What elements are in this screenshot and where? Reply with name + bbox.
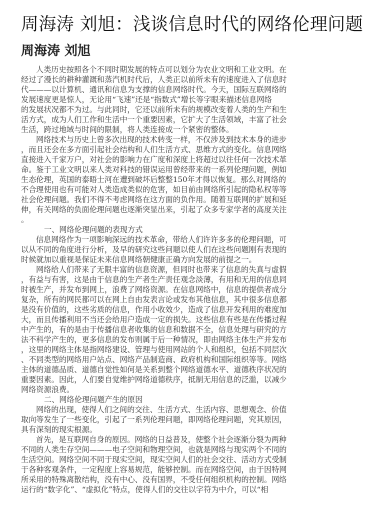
body-text-line: 于各种客观条件，一定程度上容易规范，能够控制。而在网络空间，由于因特网 <box>21 465 297 475</box>
body-text-line: 取向等发生了一些变化，引起了一系列伦理问题，即网络伦理问题，究其原因， <box>21 415 297 425</box>
body-text-line: 具有深刻的现实根源。 <box>21 425 297 435</box>
body-text-line: 生活空间。网络空间不同于现实空间，现实空间人们的社会交往、活动方式受制 <box>21 455 297 465</box>
body-text-line: 、不同类型的网络用户站点、网络产品制造商、政府机构和国际组织等等。网络 <box>21 355 297 365</box>
body-text-line: 代———以计算机、通讯和信息为支撑的信息网络时代。今天，国际互联网络的 <box>21 85 297 95</box>
body-text-line: 命。鉴于工业文明以来人类对科技的错误运用曾经带来的一系列伦理问题，例如 <box>21 165 297 175</box>
body-text-line: 所采用的特殊离散结构，没有中心、没有国界，不受任何组织机构的控制。网络 <box>21 475 297 485</box>
body-text-line: 生活，跨过地域与时间的限制，将人类连接成一个紧密的整体。 <box>21 125 297 135</box>
body-text-line: 以从不同的角度进行分析，及早的研究这些问题以使人们在这些问题刚有表现的 <box>21 245 297 255</box>
body-text-line: 网络技术与历史上曾多次出现的技术转变一样，不仅涉及到技术本身的进步 <box>21 135 297 145</box>
body-text-line: 时被生产，并发布到网上，浪费了网络资源。在信息网络中，信息的提供者成分 <box>21 285 297 295</box>
body-text-line: 中产生的，有的是由于传播信息者收集的信息和数据不全，信息处理与研究的方 <box>21 325 297 335</box>
body-text-line: 是没有价值的，这些劣质的信息，作用小收效少，造成了信息开发利用的难度加 <box>21 305 297 315</box>
body-text-line: 的发展状况都不为过。与此同时，它还以前所未有的规模改变着人类的生产和生 <box>21 105 297 115</box>
body-text-line: 信息网络作为一项影响深远的技术革命，带给人们许许多多的伦理问题，可 <box>21 235 297 245</box>
article-author: 周海涛 刘旭 <box>21 44 91 60</box>
body-text-line: ，这里的网络主体是指网络建设、管理与使用网站的个人和组织，包括不同层次 <box>21 345 297 355</box>
body-text-line: 大，而且传播利用不当还会给用户造成一定的损失。这些信息有些是在传播过程 <box>21 315 297 325</box>
article-body: 人类历史按照各个不同时期发展的特点可以划分为农业文明和工业文明。在经过了漫长的耕… <box>21 65 297 495</box>
document-page: 周海涛 刘旭：浅谈信息时代的网络伦理问题 周海涛 刘旭 人类历史按照各个不同时期… <box>0 0 365 516</box>
body-text-line: 网络的出现，使得人们之间的交往、生活方式、生活内容、思想观念、价值 <box>21 405 297 415</box>
body-text-line: 经过了漫长的耕种灌溉和蒸汽机时代后，人类正以前所未有的速度进入了信息时 <box>21 75 297 85</box>
body-text-line: ，而且还会在多方面引起社会结构和人们生活方式、思维方式的变化。信息网络 <box>21 145 297 155</box>
body-text-line: 主体的道德品质、道德自觉性如何是关系到整个网络道德水平、道德秩序状况的 <box>21 365 297 375</box>
body-text-line: 伸，有关网络的负面伦理问题也逐渐突显出来，引起了众多专家学者的高度关注 <box>21 205 297 215</box>
section-heading: 一、网络伦理问题的表现方式 <box>21 225 297 235</box>
body-text-line: 不同的人类生存空间———电子空间和物理空间，也就是网络与现实两个不同的 <box>21 445 297 455</box>
body-text-line: 复杂，所有的网民都可以在网上自由发表言论或发布其他信息，其中很多信息都 <box>21 295 297 305</box>
body-text-line: 首先，是互联网自身的原因。网络的日益普及，使整个社会逐渐分裂为两种 <box>21 435 297 445</box>
body-text-line: 不合理使用也有可能对人类造成类似的危害，如目前由网络所引起的隐私权等等 <box>21 185 297 195</box>
body-text-line: 人类历史按照各个不同时期发展的特点可以划分为农业文明和工业文明。在 <box>21 65 297 75</box>
section-heading: 二、网络伦理问题产生的原因 <box>21 395 297 405</box>
body-text-line: 生态伦理，英国的泰晤士河在遭到破坏后整整150年才得以恢复。那么对网络的 <box>21 175 297 185</box>
body-text-line: 发展速度更是惊人，无论用“飞速”还是“指数式”增长等字眼来描述信息网络 <box>21 95 297 105</box>
body-text-line: ，有益与有害，这是由于信息的生产者生产责任观念淡薄，有用和无用的信息同 <box>21 275 297 285</box>
article-title: 周海涛 刘旭：浅谈信息时代的网络伦理问题 <box>21 14 363 36</box>
body-text-line: 运行的“数字化”、“虚拟化”特点，使得人们的交往以字符为中介，可以“相 <box>21 485 297 495</box>
body-text-line: 重要因素。因此，人们要自觉维护网络道德秩序，抵制无用信息的泛滥，以减少 <box>21 375 297 385</box>
body-text-line: 。 <box>21 215 297 225</box>
body-text-line: 法不科学产生的，更多信息的发布则属于后一种情况，即由网络主体生产并发布 <box>21 335 297 345</box>
body-text-line: 活方式，成为人们工作和生活中一个重要因素，它扩大了生活领域，丰富了社会 <box>21 115 297 125</box>
body-text-line: 网络给人们带来了无限丰富的信息资源，但同时也带来了信息的失真与虚假 <box>21 265 297 275</box>
body-text-line: 社会伦理问题。我们不得不考虑网络在这方面的负作用。随着互联网的扩展和延 <box>21 195 297 205</box>
body-text-line: 网络资源浪费。 <box>21 385 297 395</box>
body-text-line: 时候就加以重视是保证未来信息网络朝健康正确方向发展的前提之一。 <box>21 255 297 265</box>
body-text-line: 直接进入千家万户，对社会的影响力在广度和深度上将超过以往任何一次技术革 <box>21 155 297 165</box>
